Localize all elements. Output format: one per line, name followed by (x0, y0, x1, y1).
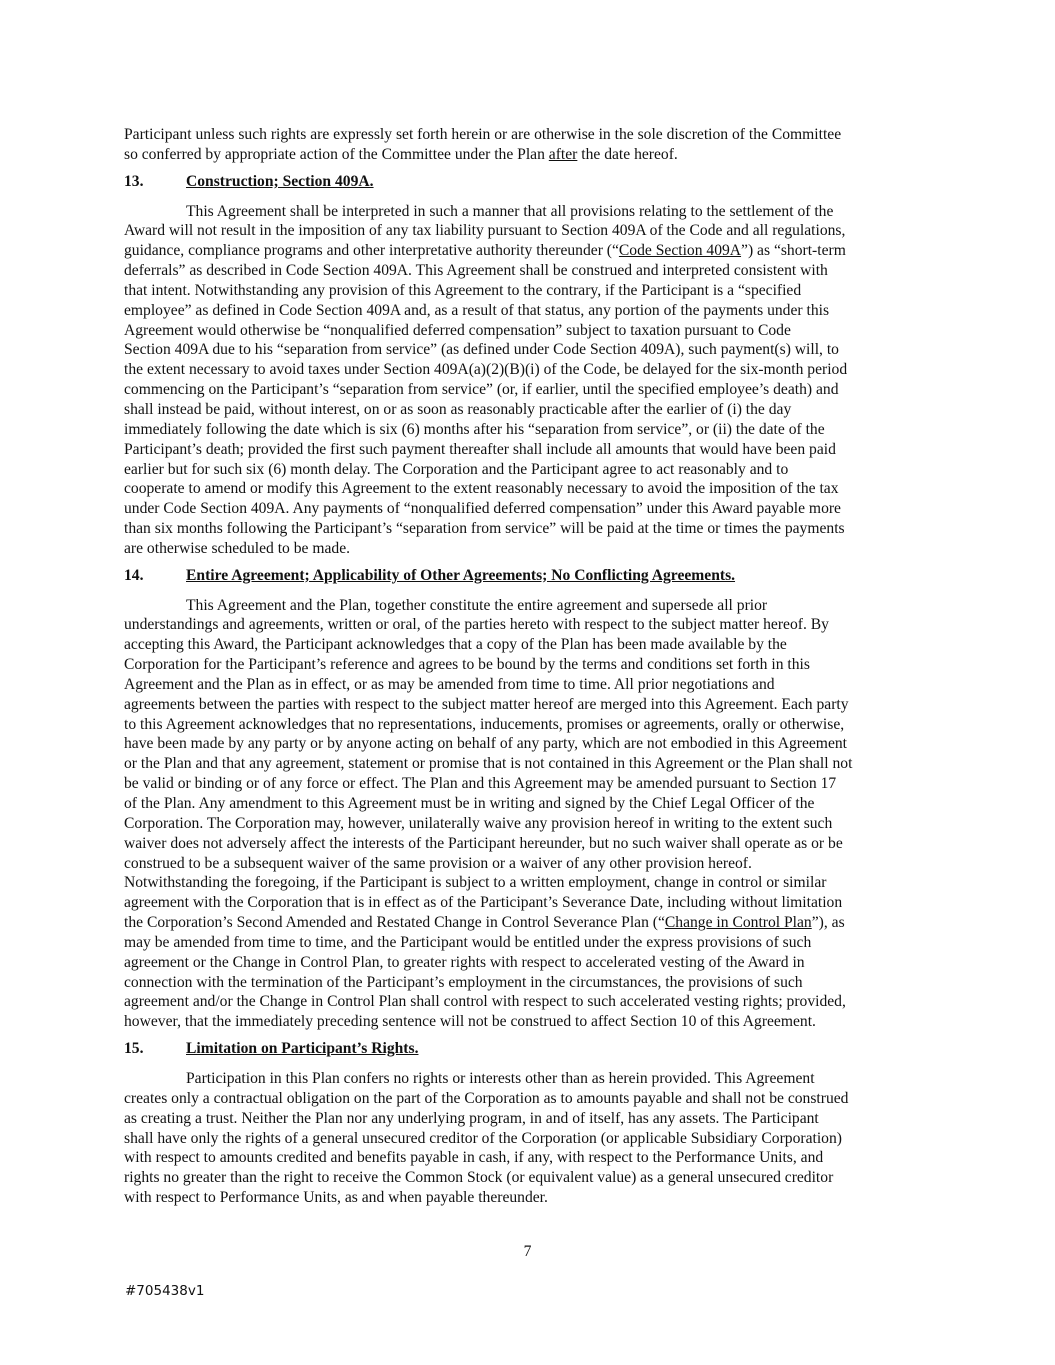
intro-text: so conferred by appropriate action of th… (124, 146, 549, 163)
intro-line-2: so conferred by appropriate action of th… (124, 145, 932, 165)
defined-term: Change in Control Plan (665, 914, 812, 931)
body-line: agreement with the Corporation that is i… (124, 893, 932, 913)
section-13-body: This Agreement shall be interpreted in s… (124, 202, 932, 559)
section-15-body: Participation in this Plan confers no ri… (124, 1069, 932, 1208)
section-title: Limitation on Participant’s Rights. (186, 1040, 418, 1057)
body-line: Agreement would otherwise be “nonqualifi… (124, 321, 932, 341)
section-14-body: This Agreement and the Plan, together co… (124, 596, 932, 1033)
body-line: with respect to amounts credited and ben… (124, 1148, 932, 1168)
body-line: Participant’s death; provided the first … (124, 440, 932, 460)
body-line: have been made by any party or by anyone… (124, 734, 932, 754)
body-line: than six months following the Participan… (124, 519, 932, 539)
body-line: the extent necessary to avoid taxes unde… (124, 360, 932, 380)
body-line: are otherwise scheduled to be made. (124, 539, 932, 559)
section-13-heading: 13.Construction; Section 409A. (124, 172, 932, 192)
body-line: of the Plan. Any amendment to this Agree… (124, 794, 932, 814)
page-number: 7 (0, 1243, 1055, 1261)
body-line: Section 409A due to his “separation from… (124, 340, 932, 360)
body-line: Notwithstanding the foregoing, if the Pa… (124, 873, 932, 893)
body-line: construed to be a subsequent waiver of t… (124, 854, 932, 874)
body-line: deferrals” as described in Code Section … (124, 261, 932, 281)
body-line: the Corporation’s Second Amended and Res… (124, 913, 932, 933)
body-line: Award will not result in the imposition … (124, 221, 932, 241)
body-line: commencing on the Participant’s “separat… (124, 380, 932, 400)
emphasis-after: after (549, 146, 578, 163)
section-title: Construction; Section 409A. (186, 173, 374, 190)
body-line: under Code Section 409A. Any payments of… (124, 499, 932, 519)
body-line: Agreement and the Plan as in effect, or … (124, 675, 932, 695)
body-line: to this Agreement acknowledges that no r… (124, 715, 932, 735)
body-line: connection with the termination of the P… (124, 973, 932, 993)
body-line: guidance, compliance programs and other … (124, 241, 932, 261)
intro-text-end: the date hereof. (577, 146, 677, 163)
defined-term: Code Section 409A (619, 242, 741, 259)
body-line: may be amended from time to time, and th… (124, 933, 932, 953)
body-line: This Agreement shall be interpreted in s… (124, 202, 932, 222)
body-line: cooperate to amend or modify this Agreem… (124, 479, 932, 499)
body-line: as creating a trust. Neither the Plan no… (124, 1109, 932, 1129)
body-line: creates only a contractual obligation on… (124, 1089, 932, 1109)
body-line: that intent. Notwithstanding any provisi… (124, 281, 932, 301)
section-number: 15. (124, 1039, 186, 1059)
body-line: Participation in this Plan confers no ri… (124, 1069, 932, 1089)
intro-line-1: Participant unless such rights are expre… (124, 125, 932, 145)
section-14-heading: 14.Entire Agreement; Applicability of Ot… (124, 566, 932, 586)
section-title: Entire Agreement; Applicability of Other… (186, 567, 735, 584)
section-15-heading: 15.Limitation on Participant’s Rights. (124, 1039, 932, 1059)
document-page: Participant unless such rights are expre… (124, 125, 932, 1208)
document-id: #705438v1 (125, 1283, 204, 1299)
body-line: immediately following the date which is … (124, 420, 932, 440)
body-line: This Agreement and the Plan, together co… (124, 596, 932, 616)
section-number: 13. (124, 172, 186, 192)
body-line: rights no greater than the right to rece… (124, 1168, 932, 1188)
body-line: shall have only the rights of a general … (124, 1129, 932, 1149)
body-line: agreements between the parties with resp… (124, 695, 932, 715)
body-line: shall instead be paid, without interest,… (124, 400, 932, 420)
body-line: agreement and/or the Change in Control P… (124, 992, 932, 1012)
section-number: 14. (124, 566, 186, 586)
body-line: be valid or binding or of any force or e… (124, 774, 932, 794)
body-line: waiver does not adversely affect the int… (124, 834, 932, 854)
body-line: understandings and agreements, written o… (124, 615, 932, 635)
body-line: earlier but for such six (6) month delay… (124, 460, 932, 480)
body-line: employee” as defined in Code Section 409… (124, 301, 932, 321)
body-line: agreement or the Change in Control Plan,… (124, 953, 932, 973)
body-line: or the Plan and that any agreement, stat… (124, 754, 932, 774)
body-line: with respect to Performance Units, as an… (124, 1188, 932, 1208)
body-line: however, that the immediately preceding … (124, 1012, 932, 1032)
body-line: Corporation for the Participant’s refere… (124, 655, 932, 675)
body-line: accepting this Award, the Participant ac… (124, 635, 932, 655)
body-line: Corporation. The Corporation may, howeve… (124, 814, 932, 834)
